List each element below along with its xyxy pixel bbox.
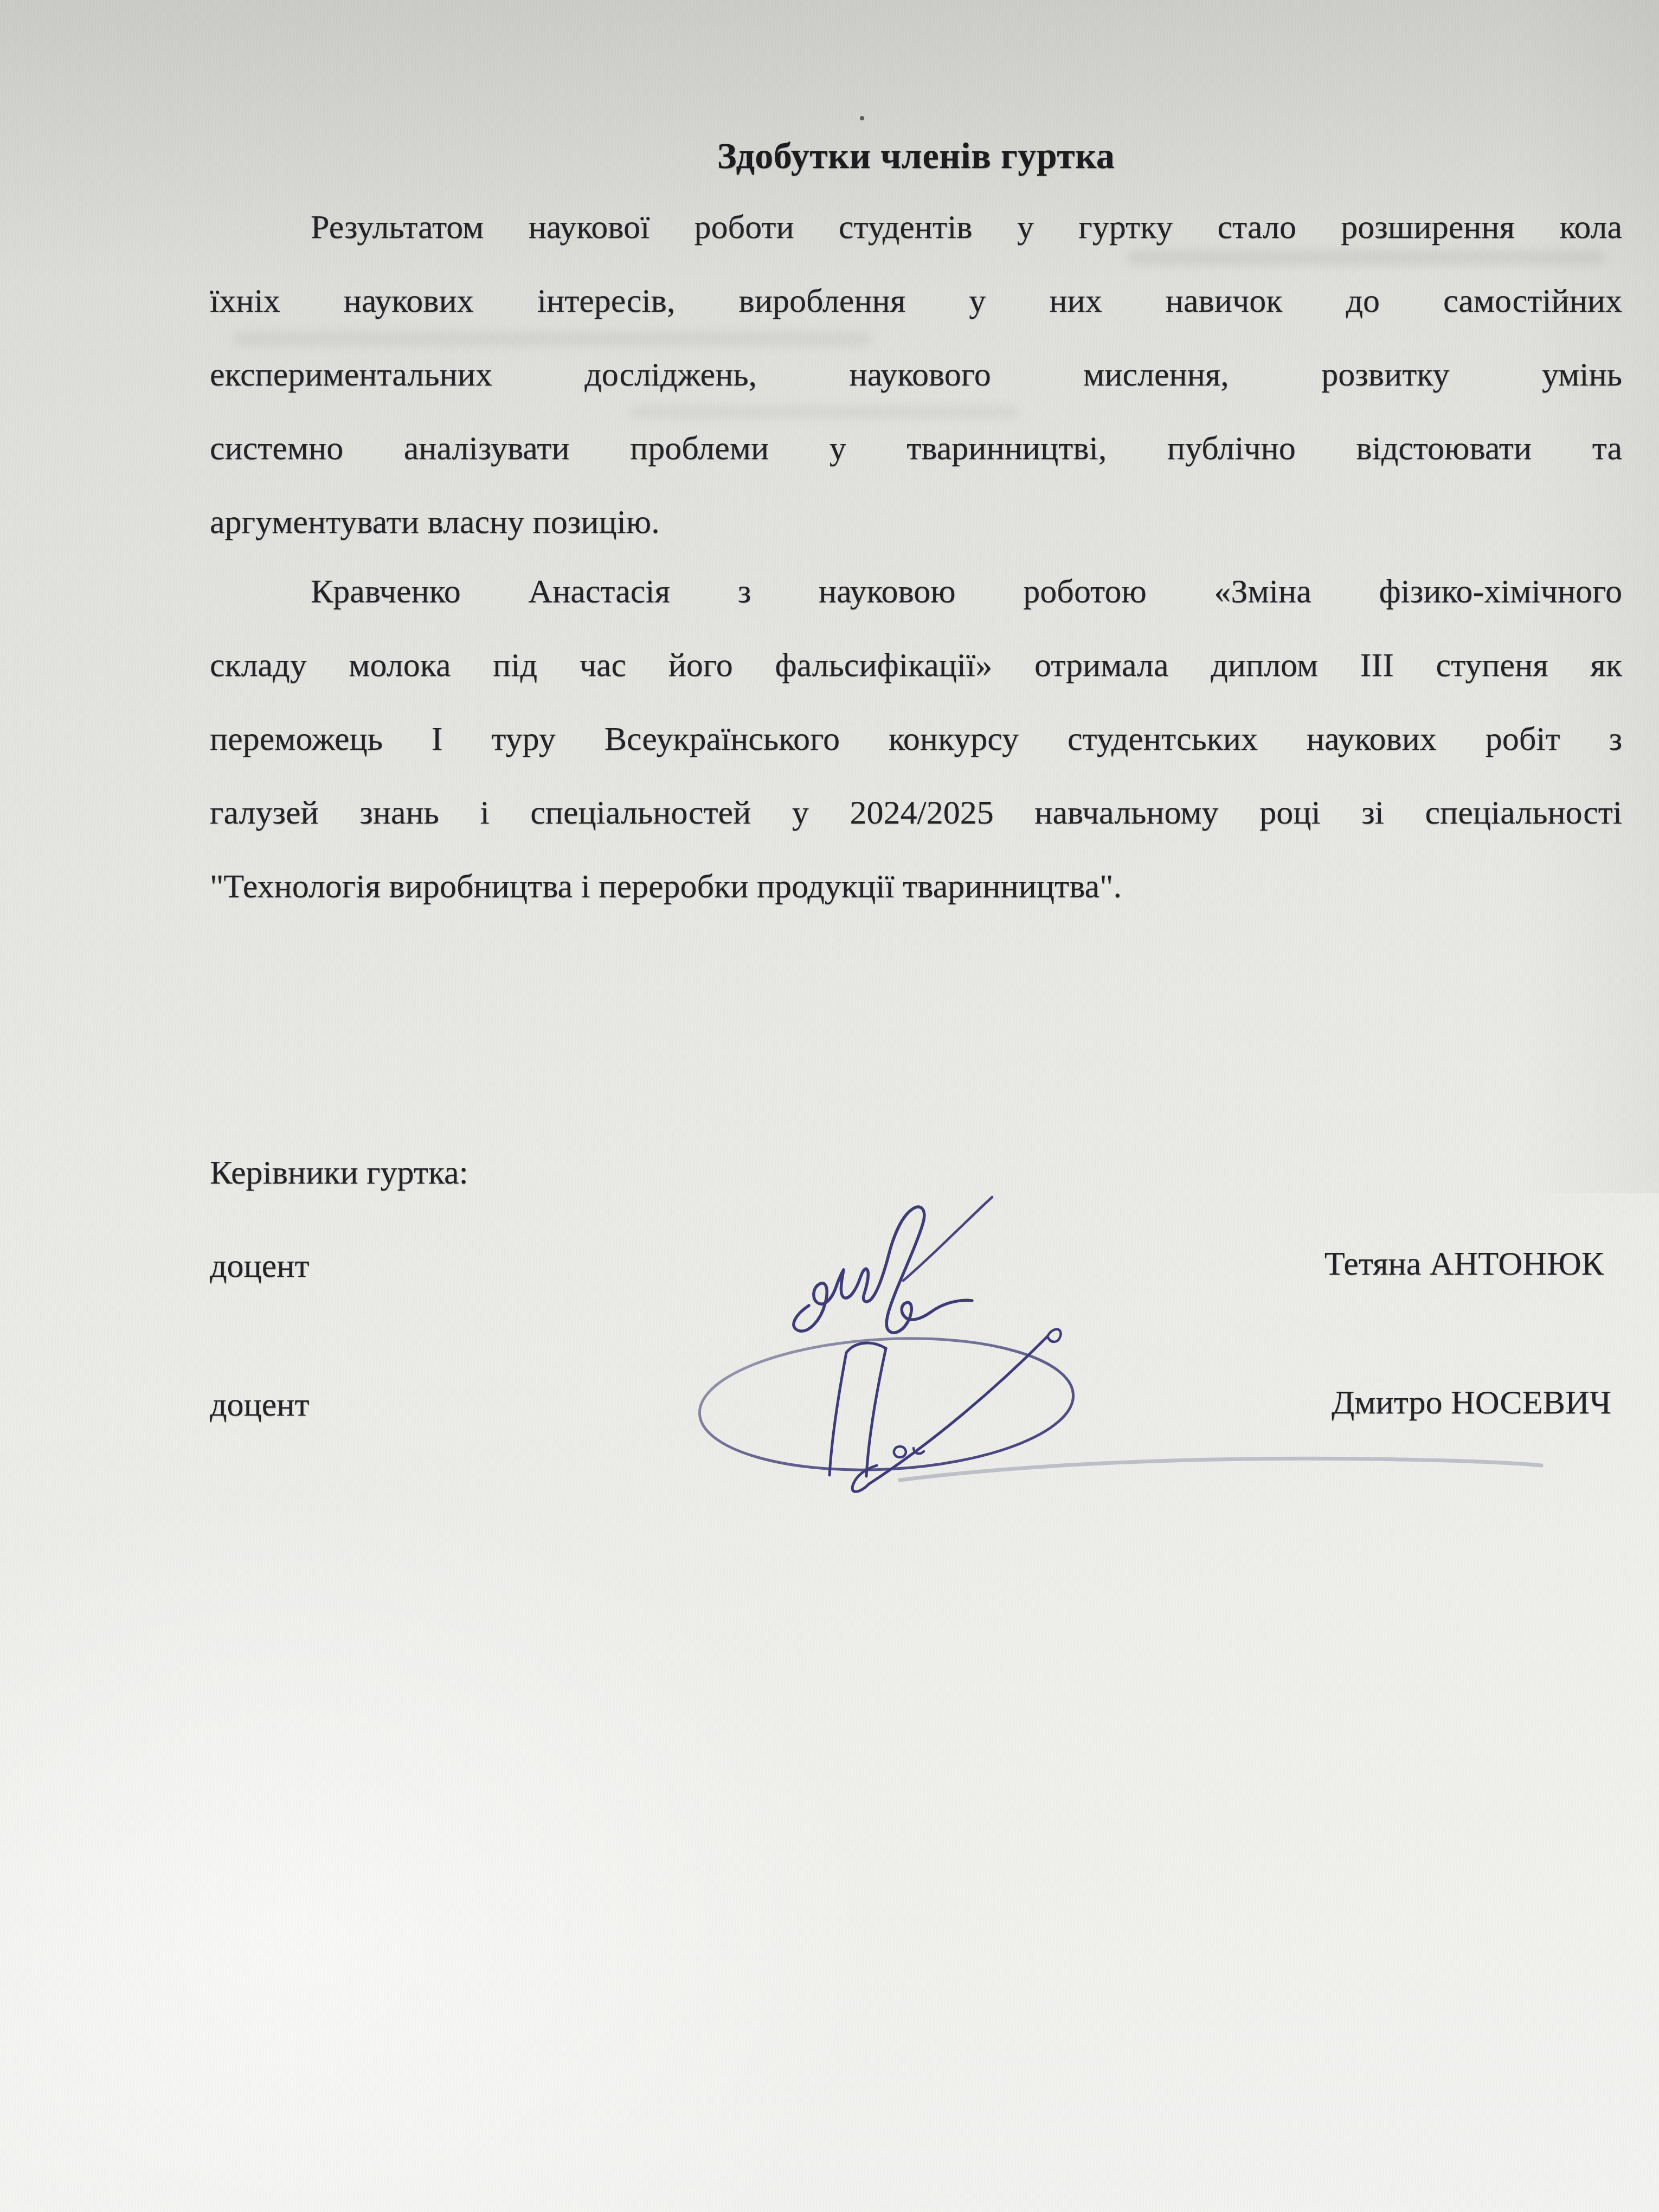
signature-nosevych-ink xyxy=(670,1315,1591,1504)
body-line: галузей знань і спеціальностей у 2024/20… xyxy=(210,794,1622,840)
body-line: Результатом наукової роботи студентів у … xyxy=(210,208,1622,255)
body-line: аргументувати власну позицію. xyxy=(210,503,1622,550)
body-line: експериментальних досліджень, наукового … xyxy=(210,356,1622,402)
body-line: "Технологія виробництва і переробки прод… xyxy=(210,867,1622,914)
bleedthrough-mark xyxy=(233,332,873,346)
document-title: Здобутки членів гуртка xyxy=(210,134,1622,177)
scanned-page: Здобутки членів гуртка Результатом науко… xyxy=(0,0,1659,2212)
body-line: системно аналізувати проблеми у тваринни… xyxy=(210,429,1622,476)
ink-speck xyxy=(860,116,864,120)
body-line: Кравченко Анастасія з науковою роботою «… xyxy=(210,573,1622,619)
signature-block-heading: Керівники гуртка: xyxy=(210,1154,468,1192)
body-line: їхніх наукових інтересів, вироблення у н… xyxy=(210,282,1622,329)
body-line: переможець І туру Всеукраїнського конкур… xyxy=(210,720,1622,767)
bleedthrough-mark xyxy=(629,406,1019,419)
body-line: складу молока під час його фальсифікації… xyxy=(210,646,1622,693)
